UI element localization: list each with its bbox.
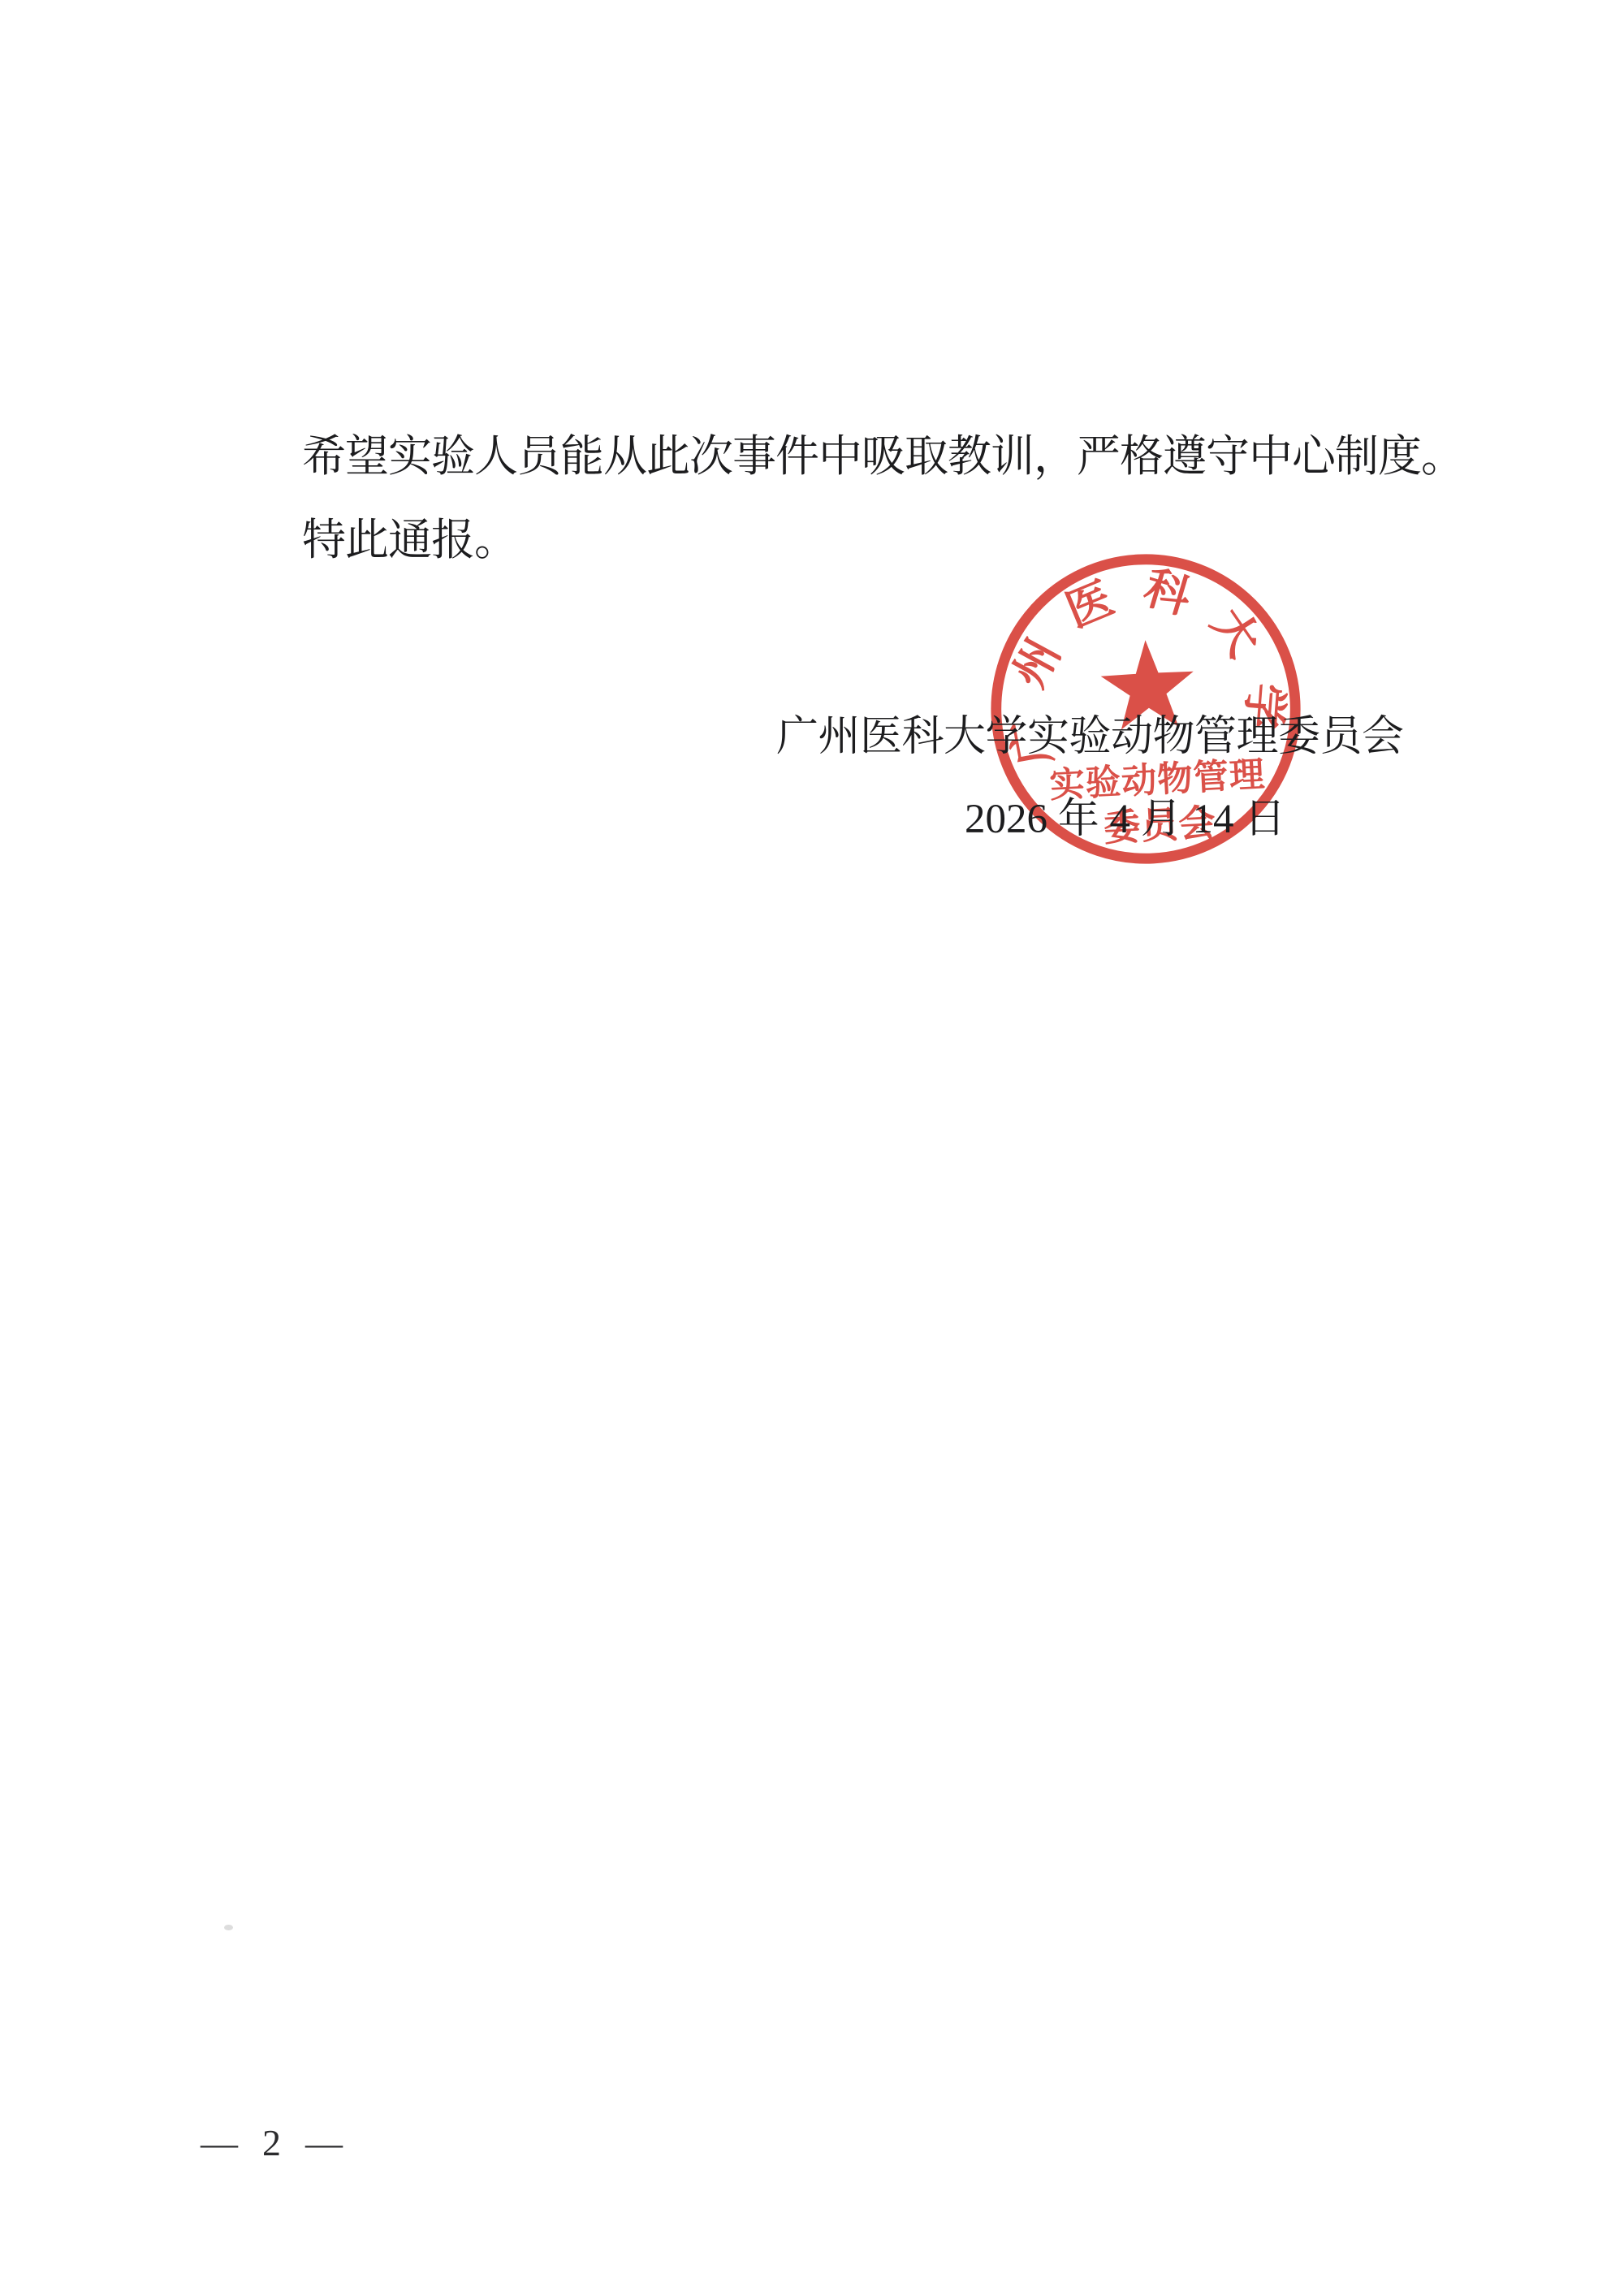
page-footer: —2— (201, 2121, 343, 2164)
signature-date-line: 2026 年 4 月 14 日 (965, 784, 1285, 845)
document-page: 希望实验人员能从此次事件中吸取教训，严格遵守中心制度。 特此通报。 广州医科大学… (0, 0, 1624, 2295)
page-number: 2 (262, 2122, 281, 2163)
signature-committee-line: 广州医科大学实验动物管理委员会 (776, 702, 1404, 763)
footer-dash-right: — (305, 2122, 343, 2163)
scan-artifact-speck (224, 1925, 233, 1930)
body-paragraph-line-2: 特此通报。 (302, 518, 517, 562)
footer-dash-left: — (201, 2122, 238, 2163)
body-paragraph-line-1: 希望实验人员能从此次事件中吸取教训，严格遵守中心制度。 (302, 434, 1464, 478)
